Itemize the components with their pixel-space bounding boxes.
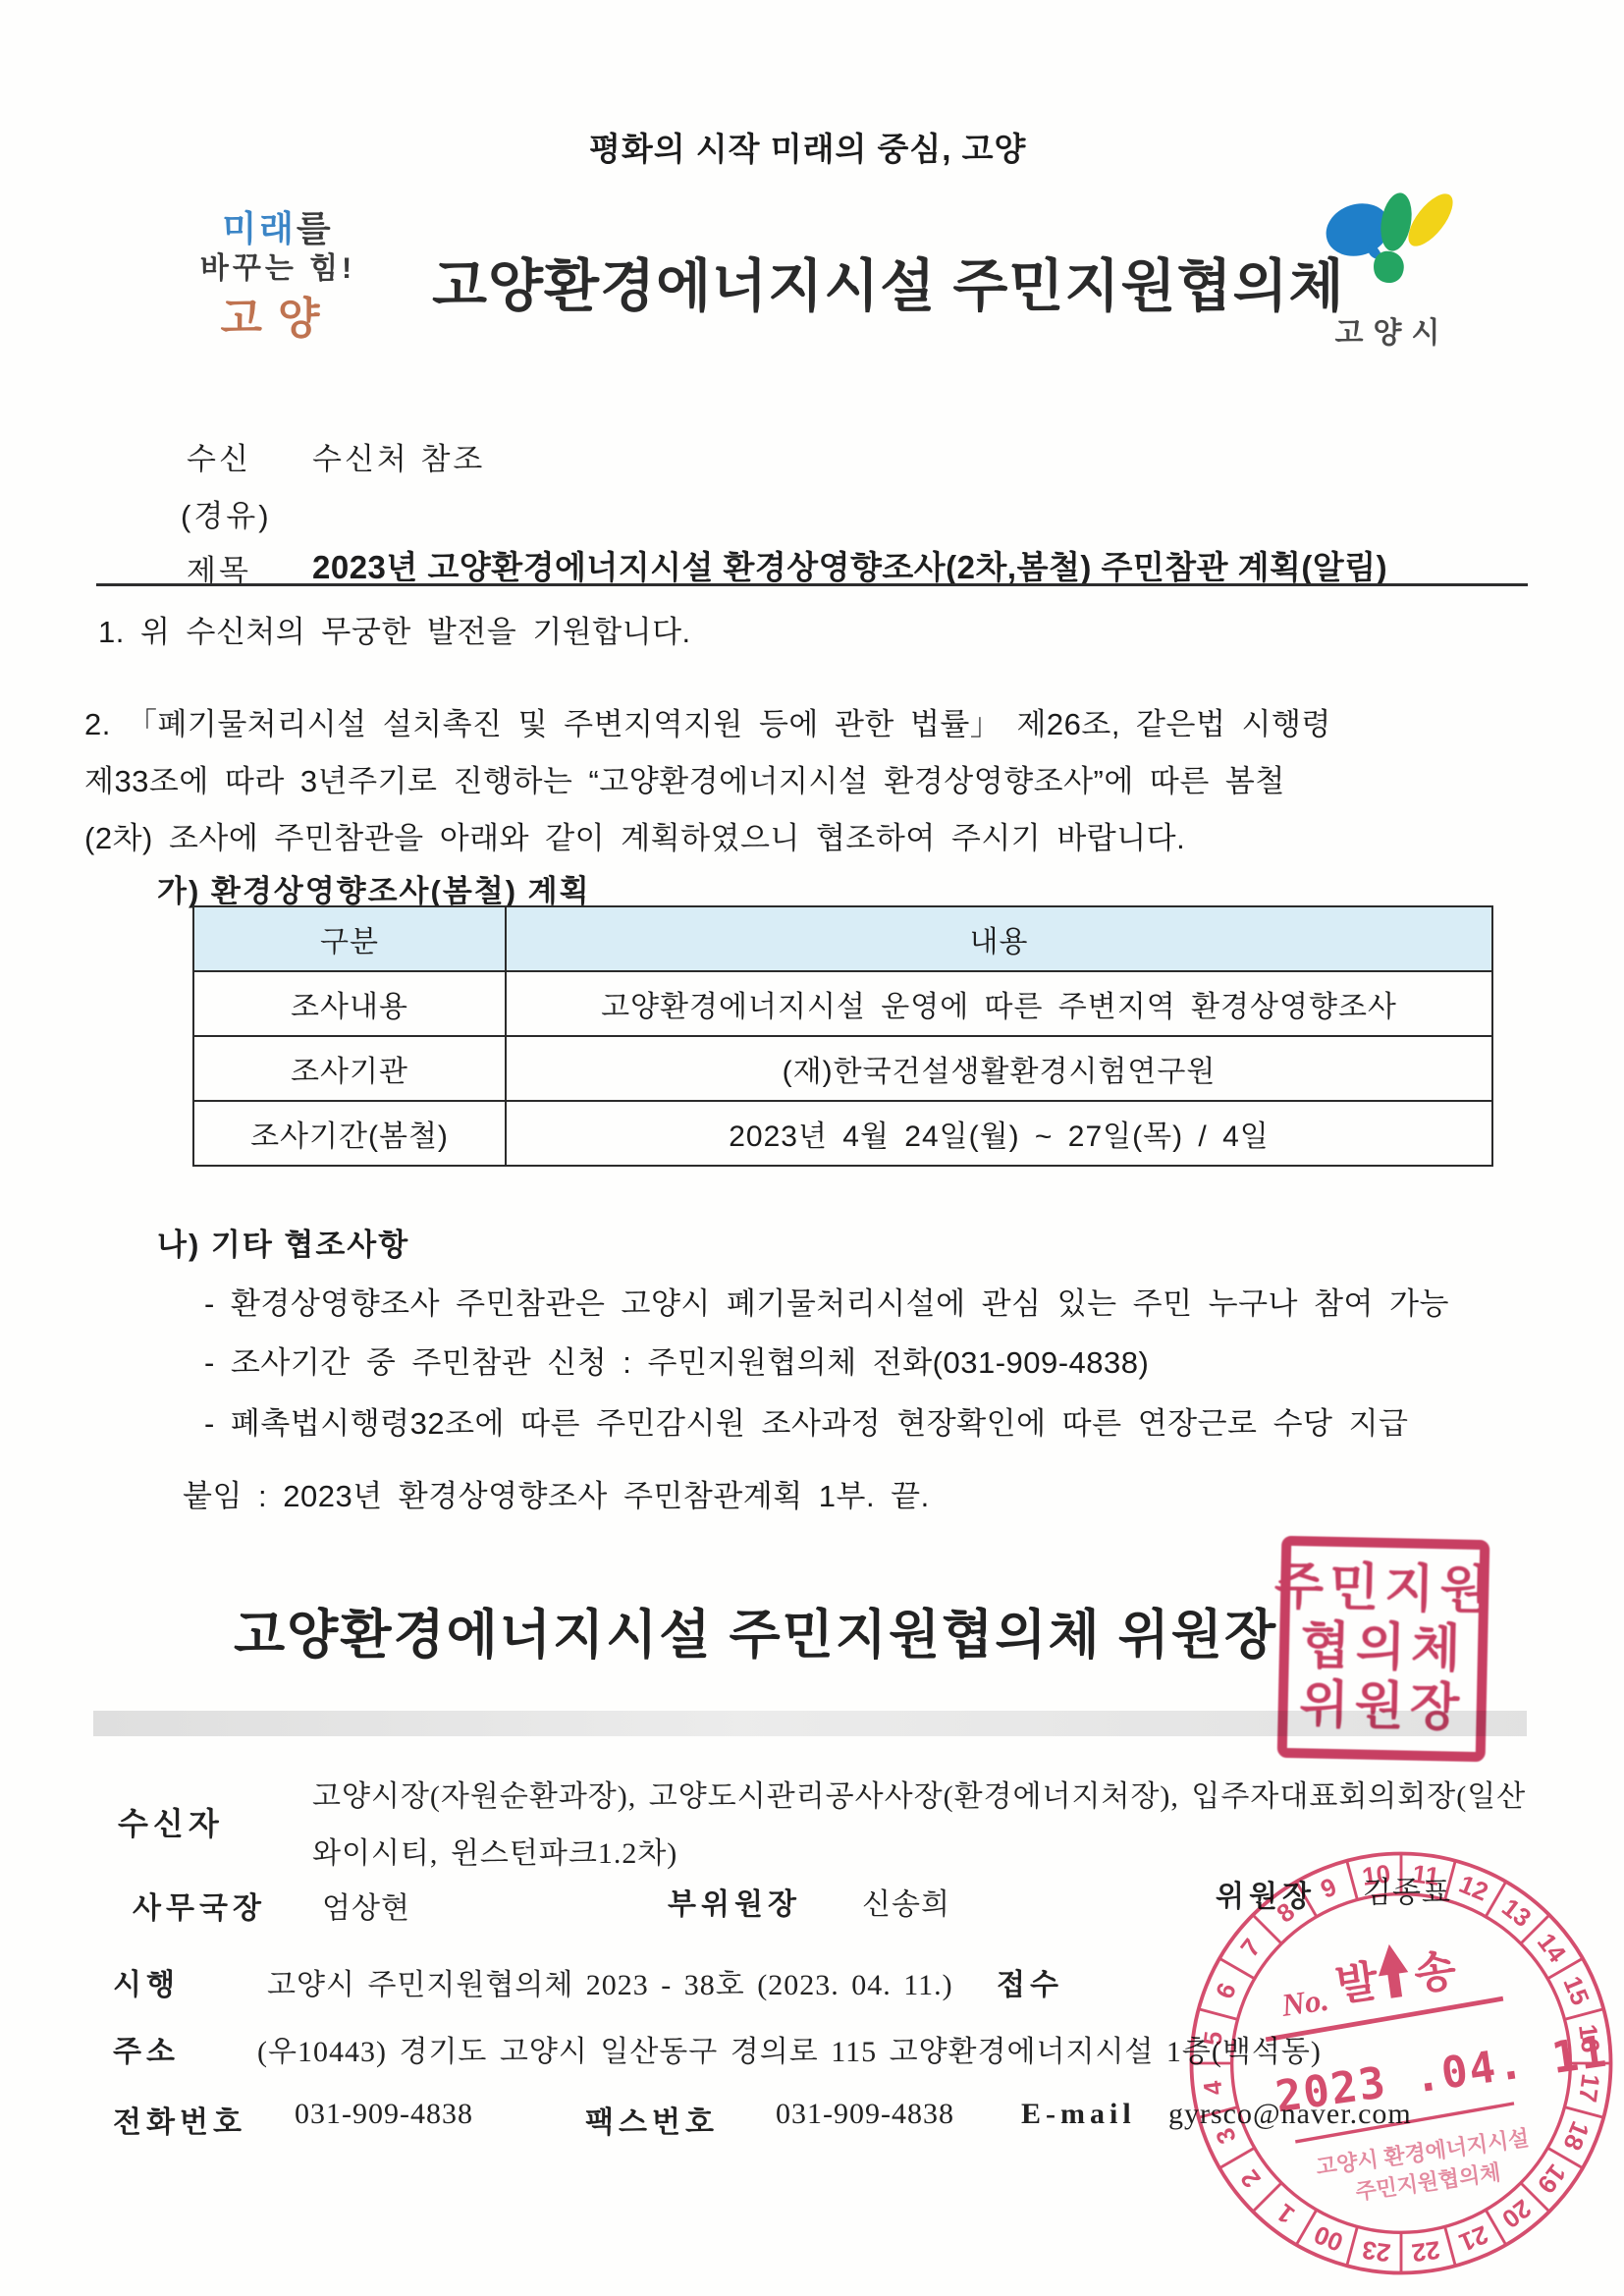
official-role: 부위원장 [668, 1880, 801, 1923]
recipients-line1: 고양시장(자원순환과장), 고양도시관리공사사장(환경에너지처장), 입주자대표… [312, 1772, 1526, 1815]
svg-text:4: 4 [1199, 2079, 1228, 2098]
row-label: 조사내용 [193, 971, 506, 1036]
svg-text:12: 12 [1455, 1871, 1491, 1907]
chairman-seal-stamp: 주민지원 협의체 위원장 [1277, 1536, 1490, 1762]
email-label: E-mail [1021, 2098, 1136, 2131]
list-item: - 조사기간 중 주민참관 신청 : 주민지원협의체 전화(031-909-48… [204, 1338, 1149, 1382]
svg-text:00: 00 [1311, 2219, 1347, 2256]
subject-value: 2023년 고양환경에너지시설 환경상영향조사(2차,봄철) 주민참관 계획(알… [312, 542, 1387, 588]
goyang-city-logo: 고양시 [1304, 189, 1481, 352]
svg-text:2: 2 [1236, 2164, 1267, 2192]
receipt-label: 접수 [997, 1960, 1063, 2003]
phone-label: 전화번호 [113, 2098, 246, 2141]
city-flower-icon [1314, 189, 1471, 301]
table-row: 조사기관 (재)한국건설생활환경시험연구원 [193, 1036, 1492, 1101]
body-paragraph-2-line2: 제33조에 따라 3년주기로 진행하는 “고양환경에너지시설 환경상영향조사”에… [84, 756, 1285, 800]
dispatch-date-stamp: 123456789101112131415161718192021222300 … [1180, 1842, 1622, 2284]
city-slogan: 평화의 시작 미래의 중심, 고양 [589, 124, 1026, 170]
table-header-category: 구분 [193, 906, 506, 971]
official-role: 사무국장 [133, 1884, 266, 1927]
signature-title: 고양환경에너지시설 주민지원협의체 위원장 [234, 1593, 1277, 1668]
document-page: 평화의 시작 미래의 중심, 고양 미래를 바꾸는 힘! 고양 고양환경에너지시… [0, 0, 1624, 2296]
stamp-send-left: 발 [1333, 1957, 1382, 2011]
seal-text-row: 위원장 [1299, 1676, 1466, 1739]
svg-text:6: 6 [1212, 1979, 1242, 2002]
recipients-line2: 와이시티, 윈스턴파크1.2차) [312, 1829, 677, 1872]
brand-word-goyang: 고양 [185, 292, 371, 346]
fax-value: 031-909-4838 [776, 2098, 954, 2131]
brand-line2: 바꾸는 힘! [185, 250, 371, 288]
recipients-label: 수신자 [118, 1799, 224, 1844]
goyang-brand-logo: 미래를 바꾸는 힘! 고양 [185, 206, 371, 346]
body-paragraph-2-line3: (2차) 조사에 주민참관을 아래와 같이 계획하였으니 협조하여 주시기 바랍… [84, 813, 1185, 857]
stamp-date: 2023 .04. 11 [1272, 2026, 1611, 2122]
section-b-title: 나) 기타 협조사항 [157, 1220, 409, 1264]
svg-text:21: 21 [1455, 2219, 1491, 2256]
stamp-no-label: No. [1278, 1983, 1330, 2024]
dispatch-label: 시행 [113, 1960, 180, 2003]
stamp-center-content: No. 발 송 2023 .04. 11 고양시 환경에너지시설 주민지원협의체 [1255, 1916, 1622, 2214]
svg-text:3: 3 [1212, 2124, 1242, 2148]
svg-text:8: 8 [1272, 1898, 1300, 1929]
table-header-content: 내용 [506, 906, 1492, 971]
fax-label: 팩스번호 [585, 2098, 719, 2141]
row-value: (재)한국건설생활환경시험연구원 [506, 1036, 1492, 1101]
address-label: 주소 [113, 2027, 180, 2070]
official-name: 엄상현 [322, 1884, 410, 1927]
header-divider [96, 583, 1528, 586]
official-name: 신송희 [862, 1880, 950, 1923]
city-logo-label: 고양시 [1304, 308, 1481, 352]
svg-text:11: 11 [1411, 1861, 1441, 1891]
list-item: - 환경상영향조사 주민참관은 고양시 폐기물처리시설에 관심 있는 주민 누구… [204, 1279, 1449, 1323]
table-header-row: 구분 내용 [193, 906, 1492, 971]
list-item: - 폐촉법시행령32조에 따른 주민감시원 조사과정 현장확인에 따른 연장근로… [204, 1398, 1408, 1443]
brand-word-reul: 를 [297, 208, 334, 248]
svg-text:7: 7 [1236, 1935, 1267, 1962]
recipient-value: 수신처 참조 [312, 434, 485, 478]
table-row: 조사기간(봄철) 2023년 4월 24일(월) ~ 27일(목) / 4일 [193, 1101, 1492, 1166]
section-a-title: 가) 환경상영향조사(봄철) 계획 [157, 866, 591, 910]
seal-text-row: 협의체 [1300, 1617, 1467, 1680]
via-label: (경유) [181, 491, 272, 535]
row-label: 조사기간(봄철) [193, 1101, 506, 1166]
row-value: 2023년 4월 24일(월) ~ 27일(목) / 4일 [506, 1101, 1492, 1166]
recipient-label: 수신 [187, 434, 251, 478]
svg-text:22: 22 [1410, 2235, 1441, 2267]
svg-text:23: 23 [1361, 2235, 1392, 2267]
arrow-up-icon [1375, 1942, 1412, 1999]
body-paragraph-2-line1: 2. 「폐기물처리시설 설치촉진 및 주변지역지원 등에 관한 법률」 제26조… [84, 699, 1331, 743]
address-value: (우10443) 경기도 고양시 일산동구 경의로 115 고양환경에너지시설 … [257, 2027, 1322, 2070]
attachment-note: 붙임 : 2023년 환경상영향조사 주민참관계획 1부. 끝. [183, 1471, 930, 1515]
svg-text:1: 1 [1272, 2198, 1300, 2228]
survey-plan-table: 구분 내용 조사내용 고양환경에너지시설 운영에 따른 주변지역 환경상영향조사… [192, 905, 1493, 1167]
row-label: 조사기관 [193, 1036, 506, 1101]
dispatch-value: 고양시 주민지원협의체 2023 - 38호 (2023. 04. 11.) [267, 1960, 953, 2003]
seal-text-row: 주민지원 [1273, 1558, 1495, 1622]
table-row: 조사내용 고양환경에너지시설 운영에 따른 주변지역 환경상영향조사 [193, 971, 1492, 1036]
stamp-send-right: 송 [1411, 1946, 1459, 2000]
svg-text:5: 5 [1199, 2030, 1228, 2048]
row-value: 고양환경에너지시설 운영에 따른 주변지역 환경상영향조사 [506, 971, 1492, 1036]
svg-text:18: 18 [1557, 2117, 1594, 2154]
svg-text:15: 15 [1557, 1973, 1594, 2009]
body-paragraph-1: 1. 위 수신처의 무궁한 발전을 기원합니다. [98, 607, 691, 651]
org-title: 고양환경에너지시설 주민지원협의체 [432, 240, 1345, 322]
brand-word-future: 미래 [222, 208, 297, 248]
brand-line1: 미래를 [185, 206, 371, 250]
phone-value: 031-909-4838 [295, 2098, 473, 2131]
svg-text:10: 10 [1361, 1860, 1392, 1891]
svg-text:9: 9 [1317, 1874, 1340, 1904]
